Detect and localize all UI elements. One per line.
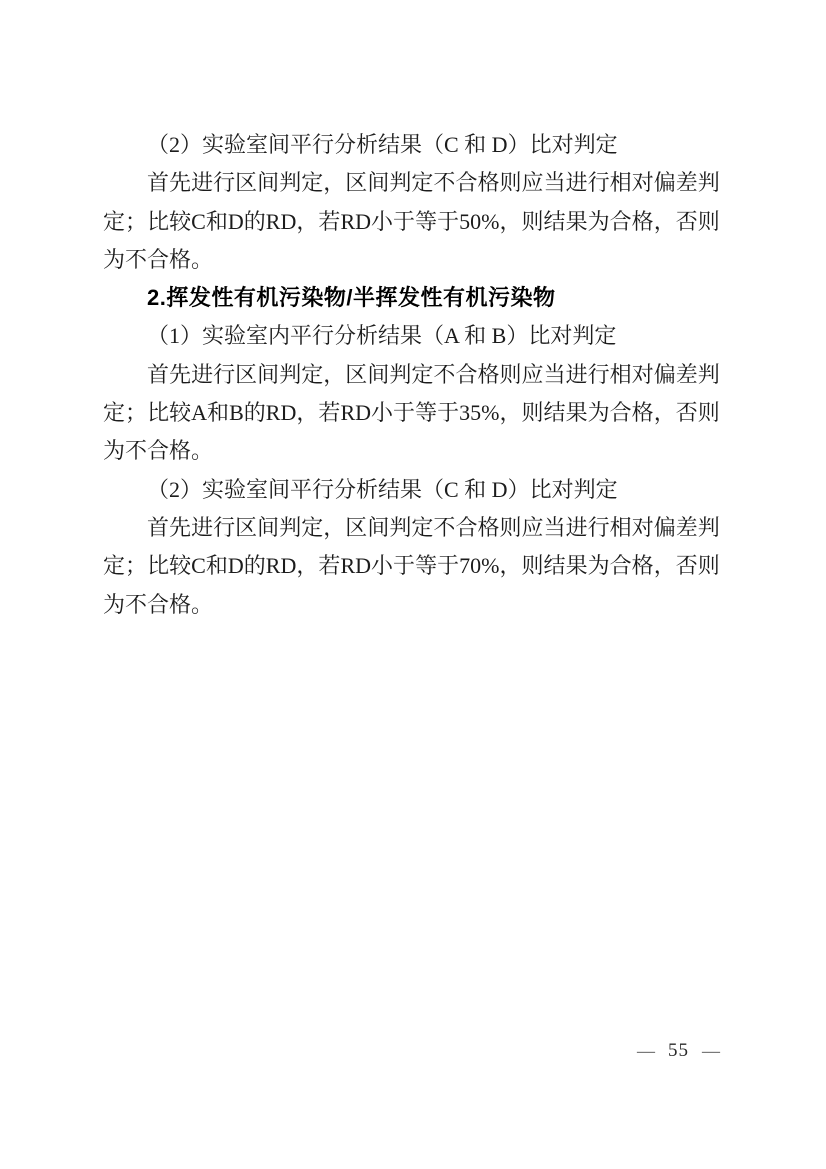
text-fragment: 差 xyxy=(676,356,698,394)
text-fragment: 于 xyxy=(393,547,415,585)
text-fragment: 行 xyxy=(588,164,610,202)
text-fragment: 相 xyxy=(610,356,632,394)
text-fragment: 结 xyxy=(544,203,566,241)
text-fragment: 35% xyxy=(459,394,499,432)
text-fragment: 格 xyxy=(632,394,654,432)
document-page: （2）实验室间平行分析结果（C 和 D）比对判定首先进行区间判定，区间判定不合格… xyxy=(0,0,826,1169)
text-fragment: 为 xyxy=(588,203,610,241)
text-fragment: 定 xyxy=(103,394,125,432)
text-fragment: 为 xyxy=(588,394,610,432)
text-fragment: D xyxy=(228,203,244,241)
text-fragment: 首 xyxy=(147,356,169,394)
text-fragment: 的 xyxy=(244,394,266,432)
text-fragment: 进 xyxy=(566,509,588,547)
text-fragment: C xyxy=(191,203,206,241)
text-fragment: ， xyxy=(654,394,676,432)
text-fragment: 判 xyxy=(698,509,720,547)
text-fragment: 的 xyxy=(244,547,266,585)
text-fragment: 70% xyxy=(459,547,499,585)
text-fragment: 50% xyxy=(459,203,499,241)
text-fragment: 等 xyxy=(415,547,437,585)
text-fragment: 首 xyxy=(147,509,169,547)
text-fragment: 判 xyxy=(389,164,411,202)
text-line: （1）实验室内平行分析结果（A 和 B）比对判定 xyxy=(103,317,720,355)
text-fragment: ， xyxy=(654,203,676,241)
text-line: （2）实验室间平行分析结果（C 和 D）比对判定 xyxy=(103,471,720,509)
text-fragment: 进 xyxy=(191,164,213,202)
text-fragment: 当 xyxy=(544,356,566,394)
text-fragment: ； xyxy=(125,547,147,585)
page-number-dash-right: — xyxy=(702,1041,720,1062)
text-fragment: 判 xyxy=(389,356,411,394)
text-fragment: 格 xyxy=(632,203,654,241)
text-line: 首先进行区间判定，区间判定不合格则应当进行相对偏差判 xyxy=(103,356,720,394)
text-fragment: 则 xyxy=(698,547,720,585)
text-line: 为不合格。 xyxy=(103,586,720,624)
text-fragment: 结 xyxy=(544,394,566,432)
text-fragment: 若 xyxy=(318,394,340,432)
text-fragment: 于 xyxy=(437,547,459,585)
text-fragment: 差 xyxy=(676,164,698,202)
text-fragment: 小 xyxy=(371,203,393,241)
text-fragment: 对 xyxy=(632,356,654,394)
page-footer: — 55 — xyxy=(637,1038,720,1064)
text-fragment: 应 xyxy=(522,164,544,202)
text-fragment: 区 xyxy=(345,164,367,202)
text-fragment: 相 xyxy=(610,164,632,202)
text-fragment: 先 xyxy=(169,356,191,394)
text-fragment: 区 xyxy=(235,164,257,202)
text-fragment: 判 xyxy=(279,164,301,202)
text-fragment: 对 xyxy=(632,164,654,202)
text-fragment: RD xyxy=(340,547,371,585)
text-fragment: 判 xyxy=(389,509,411,547)
text-fragment: 进 xyxy=(566,164,588,202)
text-line: 定；比较C和D的RD，若RD小于等于50%，则结果为合格，否则 xyxy=(103,203,720,241)
text-line: 为不合格。 xyxy=(103,432,720,470)
text-fragment: 不 xyxy=(433,356,455,394)
text-fragment: 小 xyxy=(371,394,393,432)
text-fragment: 小 xyxy=(371,547,393,585)
text-fragment: 判 xyxy=(279,356,301,394)
text-fragment: 格 xyxy=(477,356,499,394)
text-fragment: 相 xyxy=(610,509,632,547)
text-fragment: RD xyxy=(266,394,297,432)
text-fragment: ， xyxy=(296,394,318,432)
text-line: 定；比较A和B的RD，若RD小于等于35%，则结果为合格，否则 xyxy=(103,394,720,432)
text-fragment: RD xyxy=(266,203,297,241)
text-line: （2）实验室间平行分析结果（C 和 D）比对判定 xyxy=(103,126,720,164)
text-fragment: 于 xyxy=(437,203,459,241)
text-fragment: 定 xyxy=(301,509,323,547)
text-fragment: 的 xyxy=(244,203,266,241)
text-fragment: 若 xyxy=(318,203,340,241)
text-fragment: A xyxy=(191,394,207,432)
text-fragment: RD xyxy=(340,394,371,432)
text-line: 首先进行区间判定，区间判定不合格则应当进行相对偏差判 xyxy=(103,164,720,202)
text-fragment: 比 xyxy=(147,394,169,432)
text-fragment: 若 xyxy=(318,547,340,585)
text-fragment: 行 xyxy=(588,509,610,547)
text-fragment: 先 xyxy=(169,164,191,202)
text-fragment: 合 xyxy=(610,203,632,241)
text-fragment: 判 xyxy=(698,164,720,202)
text-fragment: 首 xyxy=(147,164,169,202)
text-fragment: 偏 xyxy=(654,356,676,394)
text-fragment: 则 xyxy=(500,356,522,394)
text-fragment: 等 xyxy=(415,203,437,241)
text-fragment: 则 xyxy=(522,203,544,241)
text-fragment: 偏 xyxy=(654,164,676,202)
text-fragment: 否 xyxy=(676,203,698,241)
text-fragment: RD xyxy=(266,547,297,585)
text-fragment: 定 xyxy=(301,164,323,202)
text-fragment: 判 xyxy=(279,509,301,547)
text-fragment: 于 xyxy=(393,203,415,241)
text-fragment: 果 xyxy=(566,547,588,585)
text-fragment: ， xyxy=(654,547,676,585)
text-fragment: 不 xyxy=(433,509,455,547)
text-fragment: 比 xyxy=(147,547,169,585)
text-fragment: ， xyxy=(499,203,521,241)
text-fragment: 结 xyxy=(544,547,566,585)
text-fragment: 和 xyxy=(206,547,228,585)
text-fragment: 间 xyxy=(257,164,279,202)
text-fragment: D xyxy=(228,547,244,585)
text-fragment: 判 xyxy=(698,356,720,394)
text-fragment: 于 xyxy=(393,394,415,432)
text-fragment: 偏 xyxy=(654,509,676,547)
text-fragment: ， xyxy=(499,547,521,585)
text-fragment: 先 xyxy=(169,509,191,547)
text-fragment: 为 xyxy=(588,547,610,585)
page-number: 55 xyxy=(668,1038,689,1064)
text-fragment: 区 xyxy=(345,356,367,394)
text-fragment: 格 xyxy=(632,547,654,585)
text-fragment: 则 xyxy=(522,394,544,432)
text-fragment: ， xyxy=(499,394,521,432)
text-fragment: 合 xyxy=(455,164,477,202)
text-fragment: 果 xyxy=(566,394,588,432)
text-fragment: ； xyxy=(125,394,147,432)
text-fragment: 则 xyxy=(698,203,720,241)
text-fragment: 行 xyxy=(213,509,235,547)
text-fragment: 格 xyxy=(477,509,499,547)
text-fragment: 间 xyxy=(367,509,389,547)
text-fragment: ， xyxy=(323,356,345,394)
text-fragment: 间 xyxy=(257,509,279,547)
text-fragment: 行 xyxy=(213,356,235,394)
text-fragment: 合 xyxy=(455,509,477,547)
text-fragment: 不 xyxy=(433,164,455,202)
page-number-dash-left: — xyxy=(637,1041,655,1062)
text-fragment: 则 xyxy=(500,509,522,547)
text-fragment: 应 xyxy=(522,509,544,547)
text-fragment: ， xyxy=(323,509,345,547)
text-fragment: 对 xyxy=(632,509,654,547)
text-fragment: 合 xyxy=(455,356,477,394)
text-fragment: RD xyxy=(340,203,371,241)
text-line: 为不合格。 xyxy=(103,241,720,279)
text-fragment: 则 xyxy=(522,547,544,585)
text-fragment: 定 xyxy=(411,509,433,547)
text-fragment: 等 xyxy=(415,394,437,432)
text-fragment: 进 xyxy=(191,356,213,394)
text-fragment: 当 xyxy=(544,509,566,547)
text-fragment: 比 xyxy=(147,203,169,241)
text-fragment: 合 xyxy=(610,547,632,585)
text-fragment: 当 xyxy=(544,164,566,202)
text-fragment: 较 xyxy=(169,547,191,585)
text-fragment: 则 xyxy=(698,394,720,432)
text-fragment: 果 xyxy=(566,203,588,241)
text-fragment: 定 xyxy=(103,203,125,241)
text-fragment: C xyxy=(191,547,206,585)
text-fragment: 和 xyxy=(207,394,229,432)
text-fragment: 和 xyxy=(206,203,228,241)
text-fragment: 否 xyxy=(676,547,698,585)
document-body: （2）实验室间平行分析结果（C 和 D）比对判定首先进行区间判定，区间判定不合格… xyxy=(103,126,720,624)
text-fragment: ； xyxy=(125,203,147,241)
text-fragment: B xyxy=(229,394,244,432)
text-fragment: 于 xyxy=(437,394,459,432)
text-fragment: ， xyxy=(323,164,345,202)
text-fragment: 进 xyxy=(566,356,588,394)
text-fragment: 较 xyxy=(169,394,191,432)
text-fragment: 格 xyxy=(477,164,499,202)
text-fragment: 区 xyxy=(235,356,257,394)
text-fragment: 间 xyxy=(257,356,279,394)
text-fragment: ， xyxy=(296,547,318,585)
text-fragment: 定 xyxy=(411,164,433,202)
section-heading: 2.挥发性有机污染物/半挥发性有机污染物 xyxy=(103,279,720,317)
text-fragment: 定 xyxy=(411,356,433,394)
text-fragment: 行 xyxy=(588,356,610,394)
text-fragment: 较 xyxy=(169,203,191,241)
text-fragment: 间 xyxy=(367,164,389,202)
text-fragment: 间 xyxy=(367,356,389,394)
text-fragment: 差 xyxy=(676,509,698,547)
text-fragment: 区 xyxy=(345,509,367,547)
text-line: 定；比较C和D的RD，若RD小于等于70%，则结果为合格，否则 xyxy=(103,547,720,585)
text-fragment: 区 xyxy=(235,509,257,547)
text-fragment: 行 xyxy=(213,164,235,202)
text-fragment: 定 xyxy=(103,547,125,585)
text-fragment: 则 xyxy=(500,164,522,202)
text-fragment: 进 xyxy=(191,509,213,547)
text-fragment: ， xyxy=(296,203,318,241)
text-fragment: 定 xyxy=(301,356,323,394)
text-line: 首先进行区间判定，区间判定不合格则应当进行相对偏差判 xyxy=(103,509,720,547)
text-fragment: 应 xyxy=(522,356,544,394)
text-fragment: 合 xyxy=(610,394,632,432)
text-fragment: 否 xyxy=(676,394,698,432)
